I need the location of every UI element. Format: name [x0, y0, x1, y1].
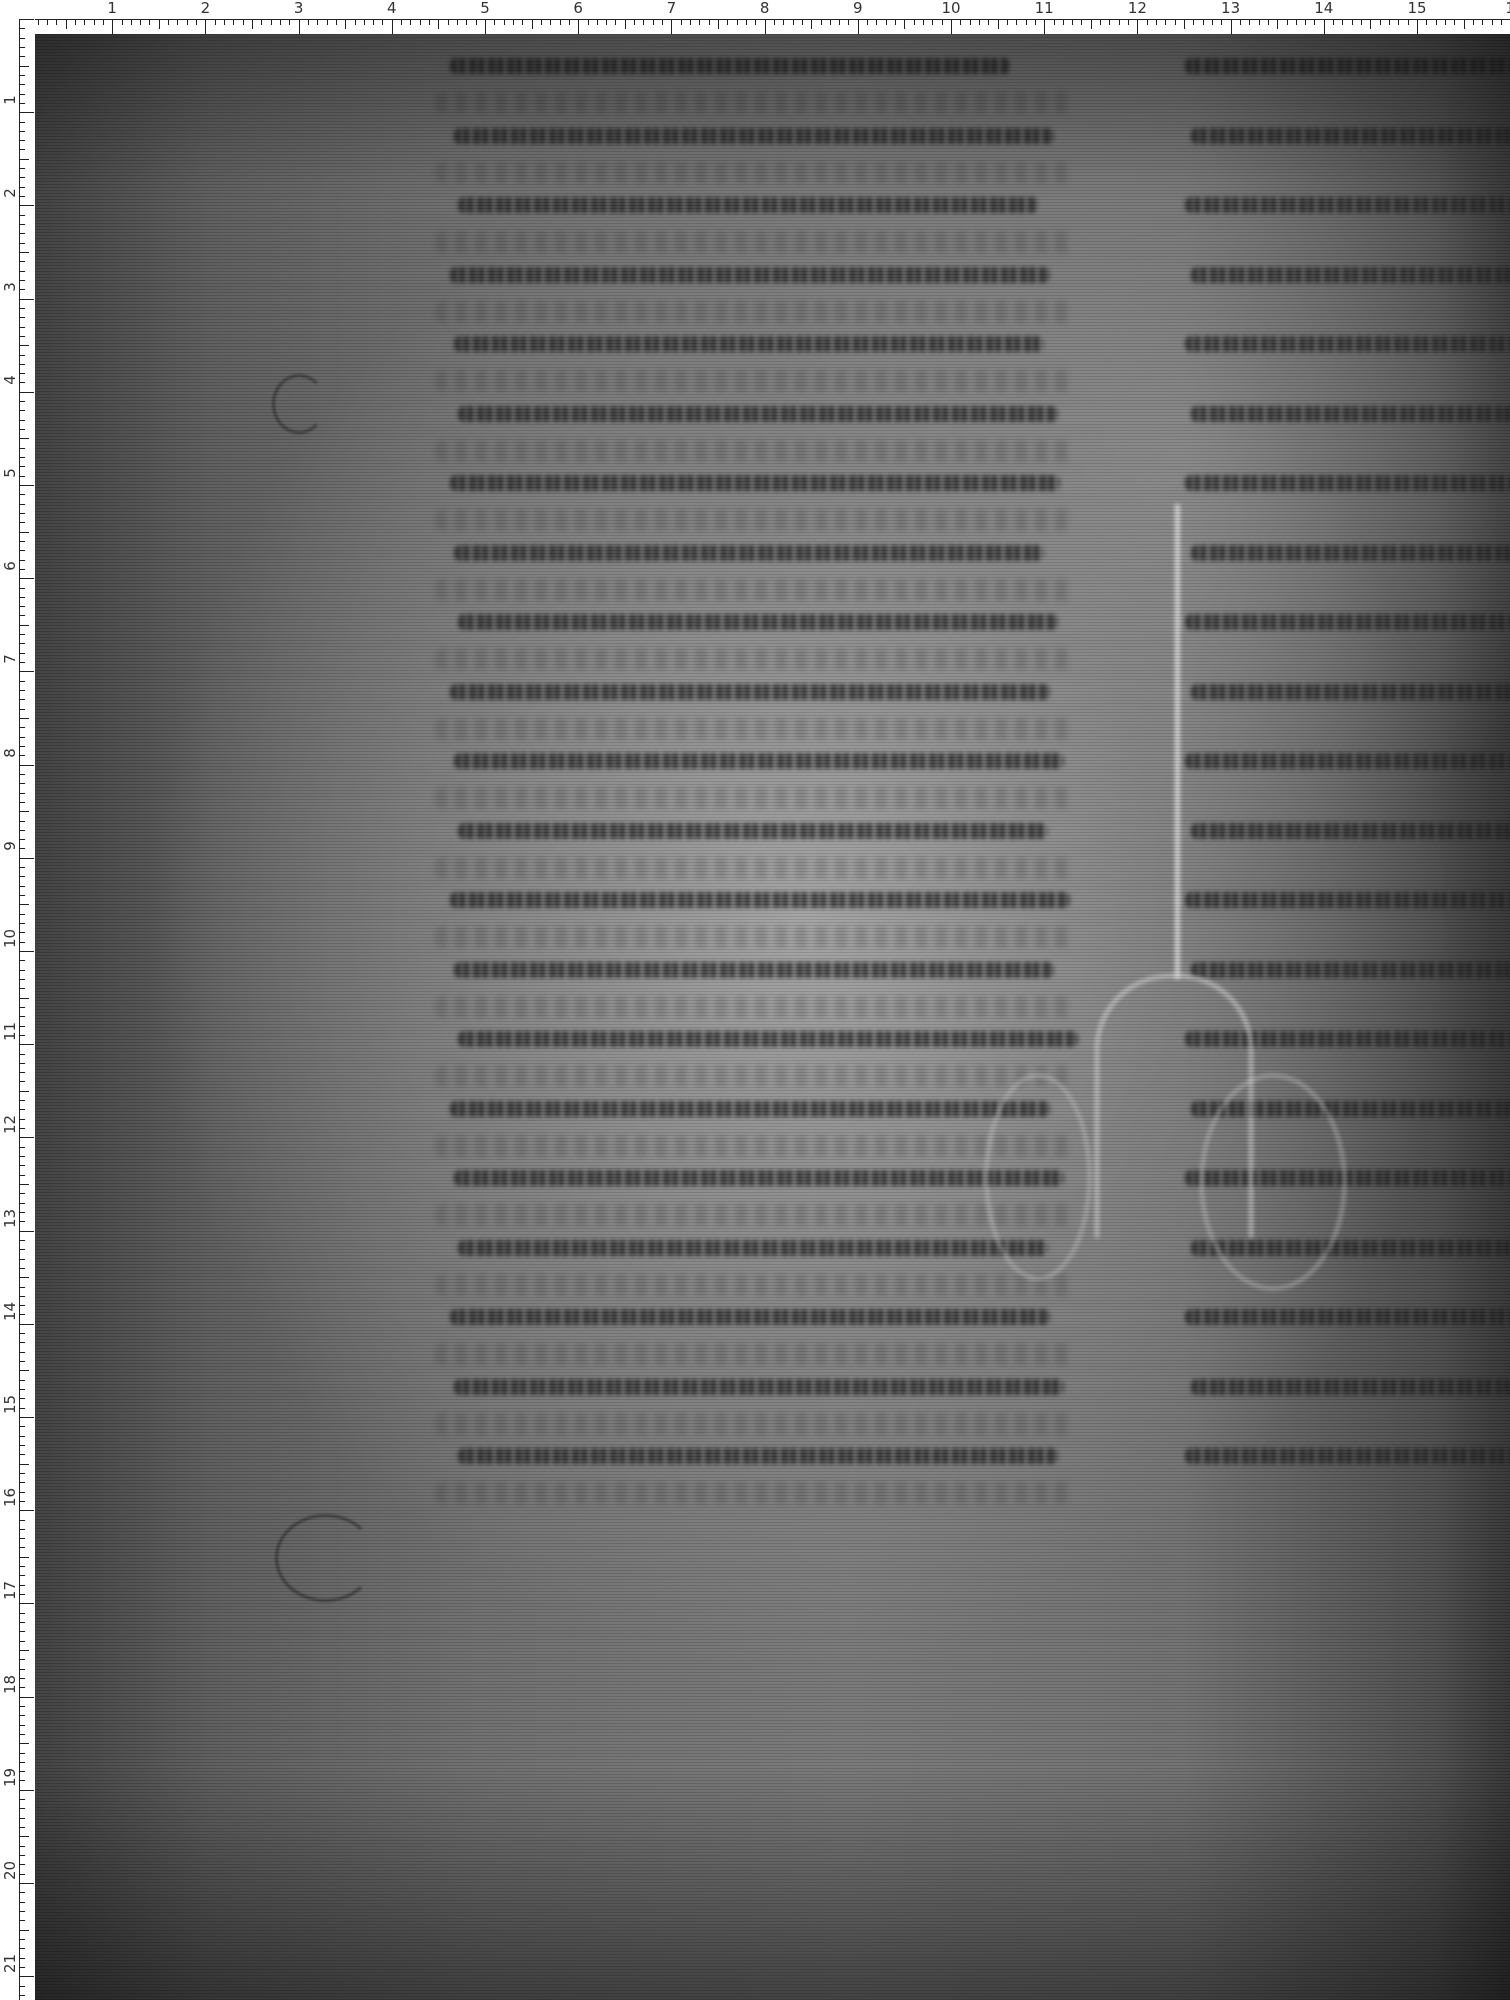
undertext-line: [435, 1065, 1075, 1087]
undertext-line: [435, 92, 1075, 114]
undertext-line: [435, 648, 1075, 670]
ruler-tick: [19, 914, 25, 915]
ruler-tick: [19, 541, 25, 542]
ruler-tick: [252, 19, 253, 29]
text-line: [450, 58, 1010, 74]
ruler-tick: [19, 420, 25, 421]
ruler-tick: [1268, 19, 1269, 25]
ruler-tick: [858, 19, 859, 34]
left-ruler-label: 3: [2, 278, 18, 296]
ruler-tick: [19, 1389, 25, 1390]
ruler-tick: [19, 1221, 25, 1222]
ruler-tick: [19, 951, 34, 952]
undertext-line: [435, 1482, 1075, 1504]
ruler-tick: [793, 19, 794, 25]
ruler-tick: [690, 19, 691, 25]
ruler-tick: [19, 569, 25, 570]
ruler-tick: [19, 308, 25, 309]
ruler-tick: [1035, 19, 1036, 25]
text-line: [450, 475, 1060, 491]
ruler-tick: [19, 1836, 29, 1837]
top-ruler-label: 10: [941, 0, 960, 16]
ruler-tick: [392, 19, 393, 34]
ruler-tick: [19, 112, 34, 113]
ruler-tick: [19, 1464, 29, 1465]
ruler-tick: [289, 19, 290, 25]
ruler-tick: [662, 19, 663, 25]
ruler-tick: [19, 271, 25, 272]
ruler-tick: [140, 19, 141, 25]
ruler-tick: [19, 662, 25, 663]
ruler-tick: [1249, 19, 1250, 25]
undertext-line: [435, 301, 1075, 323]
ruler-tick: [1007, 19, 1008, 25]
ruler-tick: [19, 1892, 25, 1893]
ruler-tick: [746, 19, 747, 25]
ruler-tick: [19, 1557, 29, 1558]
ruler-tick: [1175, 19, 1176, 25]
text-line: [1185, 1448, 1510, 1464]
ruler-tick: [19, 131, 25, 132]
ruler-tick: [19, 895, 25, 896]
ruler-tick: [168, 19, 169, 25]
ruler-tick: [19, 457, 25, 458]
ruler-tick: [448, 19, 449, 25]
undertext-line: [435, 1135, 1075, 1157]
ruler-tick: [1492, 19, 1493, 25]
undertext-line: [435, 1274, 1075, 1296]
ruler-tick: [1259, 19, 1260, 25]
ruler-tick: [522, 19, 523, 25]
ruler-tick: [19, 47, 25, 48]
ruler-tick: [1081, 19, 1082, 25]
undertext-line: [435, 787, 1075, 809]
top-ruler-label: 7: [667, 0, 677, 16]
ruler-tick: [19, 476, 25, 477]
decorative-curl-upper: [272, 374, 326, 434]
left-ruler-label: 12: [2, 1116, 18, 1134]
left-ruler-label: 19: [2, 1769, 18, 1787]
text-line: [1191, 684, 1510, 700]
ruler-tick: [1314, 19, 1315, 25]
ruler-tick: [1100, 19, 1101, 25]
ruler-tick: [19, 904, 29, 905]
ruler-tick: [19, 1361, 25, 1362]
ruler-tick: [1165, 19, 1166, 25]
ruler-tick: [1389, 19, 1390, 25]
ruler-tick: [355, 19, 356, 25]
ruler-tick: [19, 1240, 25, 1241]
ruler-tick: [19, 56, 25, 57]
ruler-tick: [1352, 19, 1353, 25]
ruler-tick: [19, 1902, 25, 1903]
ruler-tick: [19, 1063, 25, 1064]
ruler-tick: [336, 19, 337, 25]
ruler-tick: [19, 1287, 25, 1288]
ruler-tick: [19, 1277, 29, 1278]
ruler-tick: [19, 38, 25, 39]
ruler-tick: [19, 802, 25, 803]
ruler-tick: [504, 19, 505, 25]
ruler-tick: [19, 737, 25, 738]
text-line: [450, 892, 1070, 908]
text-line: [458, 197, 1038, 213]
ruler-tick: [19, 1715, 25, 1716]
undertext-line: [435, 1343, 1075, 1365]
ruler-tick: [19, 1175, 25, 1176]
ruler-tick: [1296, 19, 1297, 25]
ruler-tick: [19, 1575, 25, 1576]
ruler-tick: [19, 252, 29, 253]
left-ruler-label: 1: [2, 91, 18, 109]
top-ruler-label: 12: [1128, 0, 1147, 16]
ruler-tick: [19, 1613, 25, 1614]
ruler-tick: [886, 19, 887, 25]
ruler-tick: [597, 19, 598, 25]
ruler-tick: [19, 625, 29, 626]
ruler-tick: [19, 196, 25, 197]
ruler-tick: [19, 205, 34, 206]
ruler-tick: [19, 1426, 25, 1427]
left-ruler: 123456789101112131415161718192021: [0, 0, 35, 2000]
ruler-tick: [578, 19, 579, 34]
ruler-tick: [56, 19, 57, 25]
top-ruler-label: 3: [294, 0, 304, 16]
ruler-tick: [19, 1081, 25, 1082]
ruler-tick: [1109, 19, 1110, 25]
ruler-tick: [19, 392, 34, 393]
ruler-tick: [19, 187, 25, 188]
ruler-tick: [19, 1482, 25, 1483]
ruler-tick: [19, 1156, 25, 1157]
ruler-tick: [1063, 19, 1064, 25]
text-line: [458, 1448, 1058, 1464]
ruler-tick: [19, 1054, 25, 1055]
ruler-tick: [19, 1324, 34, 1325]
ruler-tick: [19, 1314, 25, 1315]
ruler-tick: [327, 19, 328, 25]
undertext-line: [435, 370, 1075, 392]
ruler-tick: [839, 19, 840, 25]
left-ruler-label: 16: [2, 1489, 18, 1507]
ruler-tick: [19, 1212, 25, 1213]
ruler-tick: [19, 1100, 25, 1101]
text-line: [1191, 823, 1510, 839]
ruler-tick: [19, 597, 25, 598]
ruler-tick: [774, 19, 775, 25]
ruler-tick: [19, 653, 25, 654]
ruler-tick: [19, 1641, 25, 1642]
top-ruler-label: 1: [107, 0, 117, 16]
ruler-tick: [1054, 19, 1055, 25]
text-line: [450, 1309, 1050, 1325]
ruler-tick: [1408, 19, 1409, 25]
top-ruler-label: 13: [1221, 0, 1240, 16]
text-line: [454, 128, 1054, 144]
ruler-tick: [1231, 19, 1232, 34]
ruler-tick: [19, 1510, 34, 1511]
ruler-tick: [19, 522, 25, 523]
ruler-tick: [998, 19, 999, 29]
ruler-tick: [19, 1920, 25, 1921]
ruler-tick: [1287, 19, 1288, 25]
ruler-tick: [588, 19, 589, 25]
ruler-tick: [19, 848, 25, 849]
left-ruler-label: 15: [2, 1396, 18, 1414]
ruler-tick: [19, 1958, 25, 1959]
undertext-line: [435, 718, 1075, 740]
ruler-tick: [569, 19, 570, 25]
text-line: [1185, 58, 1510, 74]
ruler-tick: [19, 1007, 25, 1008]
ruler-tick: [19, 998, 29, 999]
ruler-tick: [1454, 19, 1455, 25]
ruler-tick: [19, 979, 25, 980]
ruler-tick: [19, 1808, 25, 1809]
ruler-tick: [19, 783, 25, 784]
ruler-tick: [19, 84, 25, 85]
ruler-tick: [103, 19, 104, 25]
ruler-tick: [233, 19, 234, 25]
ruler-tick: [19, 1026, 25, 1027]
text-line: [1191, 545, 1510, 561]
ruler-tick: [19, 578, 34, 579]
ruler-tick: [299, 19, 300, 34]
ruler-tick: [19, 513, 25, 514]
ruler-tick: [1342, 19, 1343, 25]
top-ruler-label: 1: [1505, 0, 1510, 16]
ruler-tick: [19, 942, 25, 943]
ruler-tick: [19, 1976, 34, 1977]
ruler-tick: [19, 410, 25, 411]
ruler-tick: [19, 243, 25, 244]
ruler-tick: [19, 681, 25, 682]
text-line: [1191, 267, 1510, 283]
top-ruler-label: 2: [201, 0, 211, 16]
ruler-tick: [159, 19, 160, 29]
text-line: [454, 962, 1054, 978]
ruler-tick: [541, 19, 542, 25]
ruler-tick: [19, 429, 25, 430]
ruler-tick: [19, 1044, 34, 1045]
ruler-tick: [401, 19, 402, 25]
ruler-tick: [19, 960, 25, 961]
ruler-tick: [19, 1333, 25, 1334]
ruler-tick: [19, 746, 25, 747]
ruler-tick: [19, 765, 34, 766]
ruler-tick: [364, 19, 365, 25]
ruler-tick: [19, 1799, 25, 1800]
ruler-tick: [476, 19, 477, 25]
ruler-tick: [19, 438, 29, 439]
text-line: [454, 545, 1044, 561]
text-line: [458, 1031, 1078, 1047]
ruler-tick: [19, 1995, 25, 1996]
ruler-tick: [1044, 19, 1045, 34]
ruler-tick: [1193, 19, 1194, 25]
ruler-tick: [19, 1669, 25, 1670]
text-line: [1185, 892, 1510, 908]
ruler-tick: [19, 1072, 25, 1073]
ruler-tick: [19, 793, 25, 794]
undertext-line: [435, 162, 1075, 184]
ruler-tick: [38, 19, 39, 25]
ruler-tick: [457, 19, 458, 25]
ruler-tick: [951, 19, 952, 34]
ruler-tick: [727, 19, 728, 25]
ruler-tick: [1147, 19, 1148, 25]
ruler-tick: [485, 19, 486, 34]
left-ruler-label: 6: [2, 557, 18, 575]
ruler-tick: [1305, 19, 1306, 25]
ruler-tick: [410, 19, 411, 25]
ruler-tick: [848, 19, 849, 25]
left-ruler-label: 17: [2, 1582, 18, 1600]
ruler-tick: [19, 1408, 25, 1409]
ruler-tick: [970, 19, 971, 25]
ruler-tick: [19, 1706, 25, 1707]
ruler-tick: [19, 727, 25, 728]
ruler-tick: [317, 19, 318, 25]
left-ruler-label: 20: [2, 1862, 18, 1880]
ruler-tick: [979, 19, 980, 25]
ruler-tick: [19, 830, 25, 831]
ruler-tick: [19, 364, 25, 365]
ruler-tick: [19, 1529, 25, 1530]
fold-loop-left: [985, 1074, 1091, 1280]
ruler-tick: [19, 886, 25, 887]
ruler-tick: [19, 1883, 34, 1884]
ruler-tick: [19, 811, 29, 812]
ruler-tick: [19, 1725, 25, 1726]
top-ruler: 01234567891011121314151: [0, 0, 1510, 34]
ruler-tick: [19, 233, 25, 234]
ruler-tick: [122, 19, 123, 25]
ruler-tick: [904, 19, 905, 29]
ruler-tick: [19, 1268, 25, 1269]
ruler-tick: [1072, 19, 1073, 25]
ruler-tick: [625, 19, 626, 29]
ruler-tick: [149, 19, 150, 25]
ruler-tick: [19, 299, 34, 300]
ruler-tick: [19, 1417, 34, 1418]
ruler-tick: [19, 1771, 25, 1772]
ruler-tick: [243, 19, 244, 25]
left-ruler-label: 2: [2, 184, 18, 202]
manuscript-page: [35, 34, 1510, 2000]
ruler-tick: [19, 1846, 25, 1847]
ruler-tick: [709, 19, 710, 25]
undertext-line: [435, 440, 1075, 462]
ruler-tick: [914, 19, 915, 25]
ruler-tick: [19, 1874, 25, 1875]
ruler-tick: [19, 671, 34, 672]
ruler-tick: [560, 19, 561, 25]
ruler-tick: [19, 1986, 25, 1987]
ruler-tick: [830, 19, 831, 25]
ruler-tick: [19, 643, 25, 644]
ruler-tick: [19, 718, 29, 719]
top-ruler-label: 15: [1407, 0, 1426, 16]
ruler-tick: [19, 159, 29, 160]
ruler-tick: [131, 19, 132, 25]
ruler-tick: [802, 19, 803, 25]
text-line: [1191, 962, 1510, 978]
ruler-tick: [94, 19, 95, 25]
ruler-tick: [615, 19, 616, 25]
text-line: [1185, 1309, 1510, 1325]
ruler-tick: [653, 19, 654, 25]
text-line: [1185, 753, 1510, 769]
ruler-tick: [1184, 19, 1185, 29]
text-line: [1191, 128, 1510, 144]
ruler-tick: [19, 140, 25, 141]
ruler-tick: [19, 355, 25, 356]
ruler-tick: [196, 19, 197, 25]
ruler-tick: [19, 588, 25, 589]
ruler-tick: [811, 19, 812, 29]
ruler-tick: [308, 19, 309, 25]
ruler-tick: [755, 19, 756, 25]
ruler-tick: [19, 1352, 25, 1353]
ruler-tick: [1137, 19, 1138, 34]
top-ruler-label: 6: [573, 0, 583, 16]
left-ruler-label: 5: [2, 464, 18, 482]
ruler-tick: [19, 709, 25, 710]
ruler-tick: [420, 19, 421, 25]
ruler-tick: [1426, 19, 1427, 25]
ruler-tick: [1464, 19, 1465, 29]
top-ruler-label: 14: [1314, 0, 1333, 16]
ruler-tick: [19, 1603, 34, 1604]
ruler-tick: [112, 19, 113, 34]
ruler-tick: [19, 690, 25, 691]
ruler-tick: [1482, 19, 1483, 25]
ruler-tick: [19, 1585, 25, 1586]
ruler-tick: [19, 19, 34, 20]
ruler-tick: [1501, 19, 1502, 25]
ruler-tick: [19, 289, 25, 290]
ruler-tick: [19, 1137, 34, 1138]
ruler-tick: [1445, 19, 1446, 25]
undertext-line: [435, 509, 1075, 531]
ruler-tick: [19, 382, 25, 383]
ruler-tick: [66, 19, 67, 29]
ruler-tick: [1212, 19, 1213, 25]
ruler-tick: [215, 19, 216, 25]
ruler-tick: [19, 345, 29, 346]
ruler-tick: [19, 1231, 34, 1232]
text-line: [454, 336, 1044, 352]
decorative-curl-lower: [275, 1514, 376, 1602]
fold-loop-right: [1200, 1074, 1346, 1290]
text-line: [1191, 406, 1510, 422]
ruler-tick: [19, 1249, 25, 1250]
ruler-tick: [1016, 19, 1017, 25]
text-line: [458, 614, 1058, 630]
left-ruler-label: 8: [2, 744, 18, 762]
text-line: [454, 1170, 1064, 1186]
ruler-tick: [261, 19, 262, 25]
ruler-tick: [19, 1398, 25, 1399]
ruler-tick: [19, 504, 25, 505]
ruler-tick: [1398, 19, 1399, 25]
ruler-tick: [75, 19, 76, 25]
text-line: [450, 267, 1050, 283]
ruler-tick: [532, 19, 533, 29]
ruler-tick: [19, 1184, 29, 1185]
ruler-tick: [783, 19, 784, 25]
